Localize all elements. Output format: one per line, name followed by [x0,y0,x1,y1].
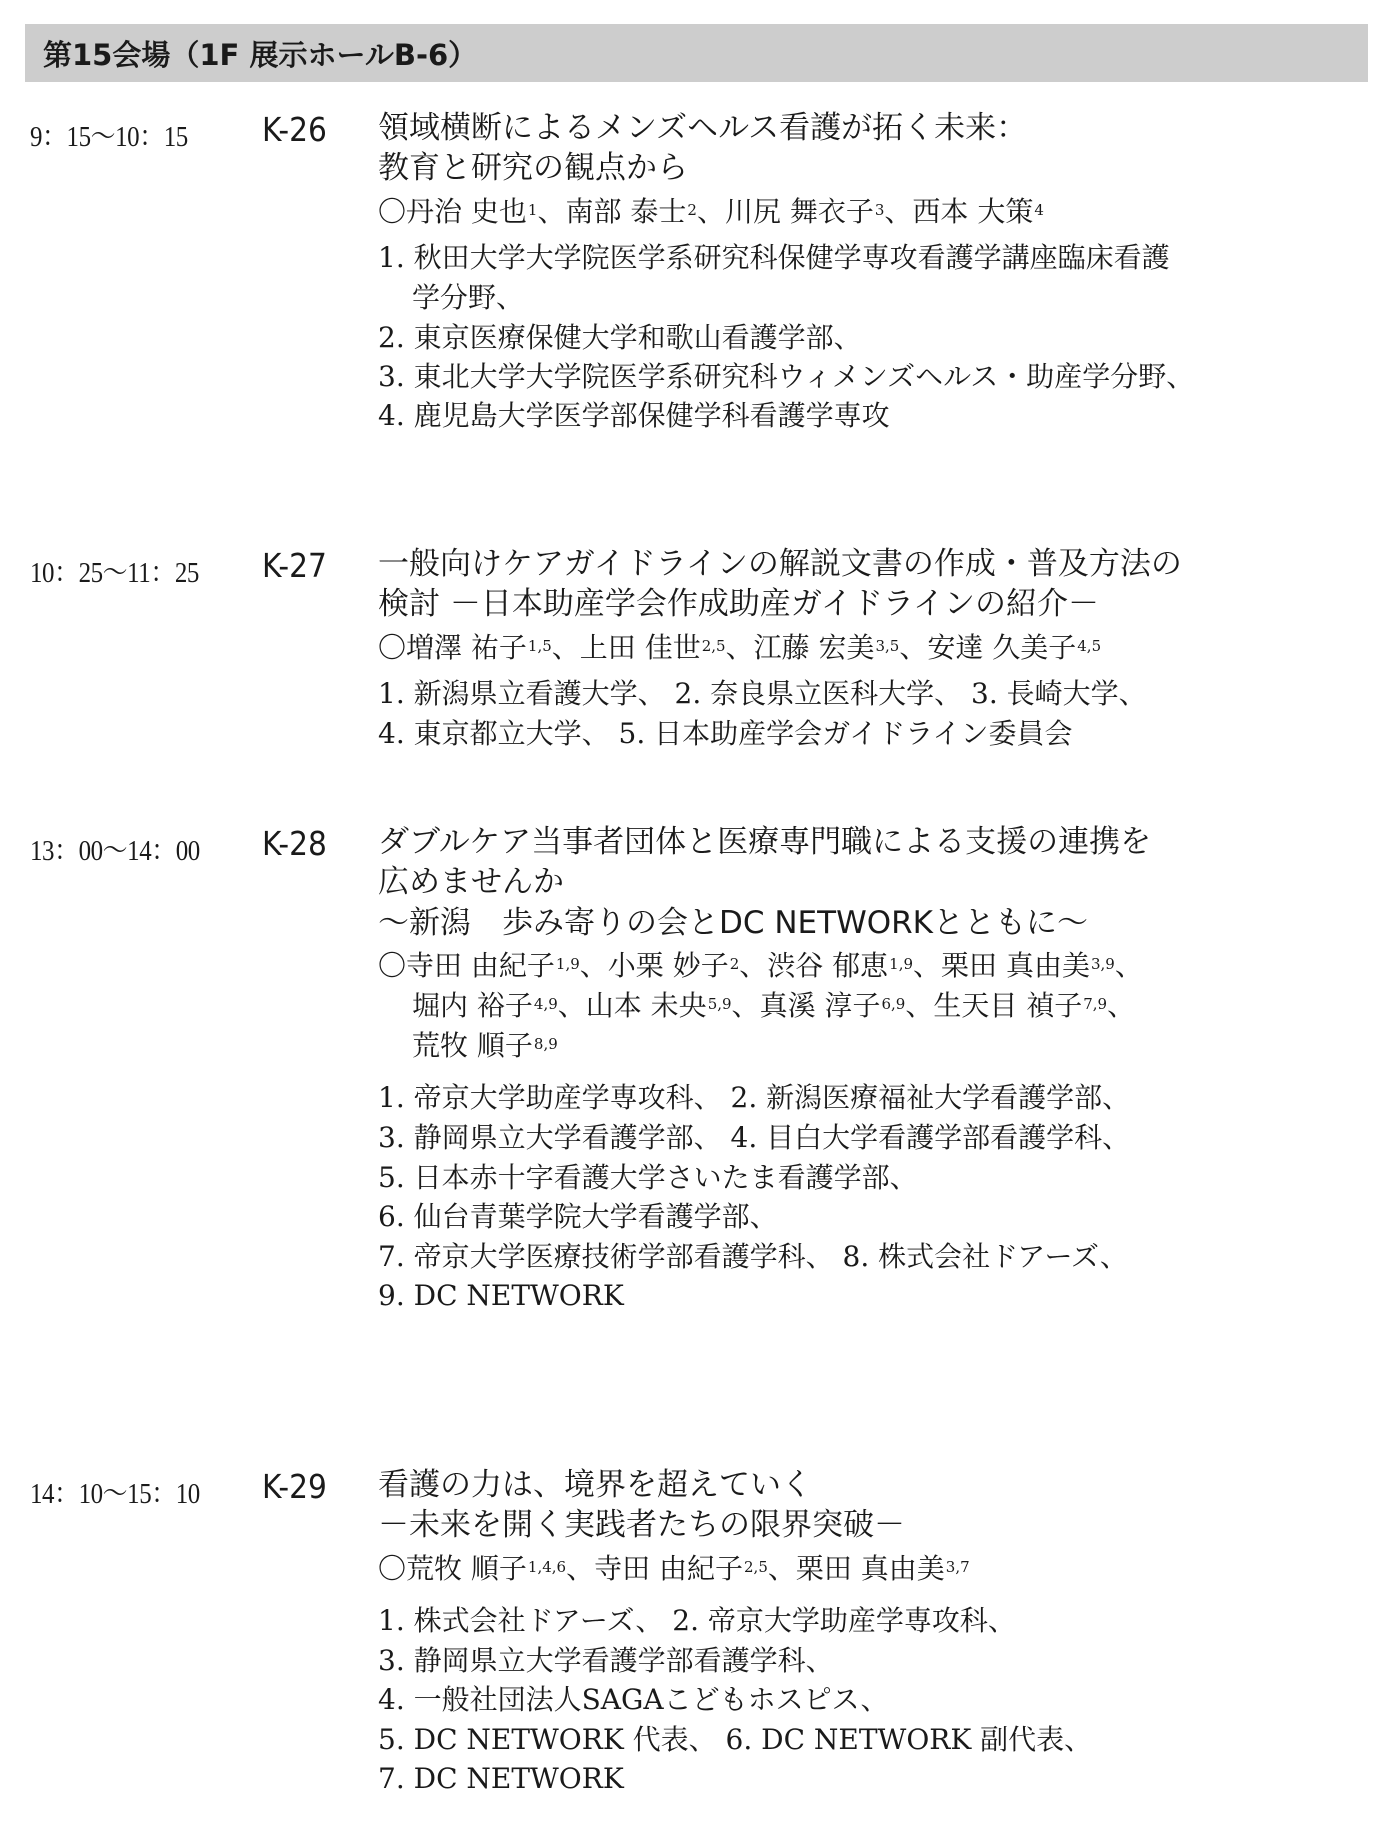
session-id: K-28 [262,824,327,863]
affiliation-line: 1. 株式会社ドアーズ、 2. 帝京大学助産学専攻科、 [378,1601,1016,1641]
authors-line: 堀内 裕子4,9、山本 未央5,9、真溪 淳子6,9、生天目 禎子7,9、 [412,986,1135,1026]
separator: 、 [552,631,580,664]
presenter-mark: 〇 [378,195,406,228]
author-affiliation-ref: 2 [730,955,740,973]
author-affiliation-ref: 3,7 [946,1558,970,1576]
separator: 、 [1107,989,1135,1022]
session-title-line: －未来を開く実践者たちの限界突破－ [378,1505,905,1545]
author-affiliation-ref: 4,5 [1077,637,1101,655]
separator: 、 [905,989,933,1022]
affiliation-line: 3. 東北大学大学院医学系研究科ウィメンズヘルス・助産学分野、 [378,357,1194,397]
separator: 、 [566,1552,594,1585]
author-name: 江藤 宏美 [754,631,875,664]
author-name: 増澤 祐子 [406,631,527,664]
author-name: 渋谷 郁恵 [767,949,888,982]
affiliation-line: 1. 新潟県立看護大学、 2. 奈良県立医科大学、 3. 長崎大学、 [378,674,1147,714]
affiliation-line: 4. 一般社団法人SAGAこどもホスピス、 [378,1680,888,1720]
separator: 、 [726,631,754,664]
venue-title: 第15会場（1F 展示ホールB-6） [43,33,477,74]
session-title-line: ダブルケア当事者団体と医療専門職による支援の連携を [378,822,1151,862]
affiliation-line: 学分野、 [412,278,524,318]
session-time: 9：15～10：15 [30,114,188,155]
affiliation-line: 5. 日本赤十字看護大学さいたま看護学部、 [378,1158,918,1198]
affiliation-line: 1. 秋田大学大学院医学系研究科保健学専攻看護学講座臨床看護 [378,238,1170,278]
presenter-mark: 〇 [378,1552,406,1585]
separator: 、 [580,949,608,982]
author-name: 真溪 淳子 [760,989,881,1022]
affiliation-line: 5. DC NETWORK 代表、 6. DC NETWORK 副代表、 [378,1720,1092,1760]
author-name: 南部 泰士 [565,195,686,228]
presenter-mark: 〇 [378,631,406,664]
session-id: K-29 [262,1467,327,1506]
separator: 、 [739,949,767,982]
author-name: 川尻 舞衣子 [725,195,874,228]
author-affiliation-ref: 3,9 [1091,955,1115,973]
author-name: 栗田 真由美 [941,949,1090,982]
affiliation-line: 3. 静岡県立大学看護学部看護学科、 [378,1641,834,1681]
separator: 、 [768,1552,796,1585]
separator: 、 [1115,949,1143,982]
author-affiliation-ref: 8,9 [534,1035,558,1053]
session-time: 10：25～11：25 [30,550,199,591]
affiliation-line: 2. 東京医療保健大学和歌山看護学部、 [378,318,862,358]
affiliation-line: 6. 仙台青葉学院大学看護学部、 [378,1197,778,1237]
authors-line: 荒牧 順子8,9 [412,1026,558,1066]
session-title-line: ～新潟 歩み寄りの会とDC NETWORKとともに～ [378,903,1088,943]
author-affiliation-ref: 1,9 [556,955,580,973]
author-name: 安達 久美子 [927,631,1076,664]
author-name: 生天目 禎子 [933,989,1082,1022]
affiliation-line: 4. 鹿児島大学医学部保健学科看護学専攻 [378,396,890,436]
author-name: 荒牧 順子 [406,1552,527,1585]
author-name: 上田 佳世 [580,631,701,664]
separator: 、 [899,631,927,664]
separator: 、 [558,989,586,1022]
author-name: 堀内 裕子 [412,989,533,1022]
venue-header: 第15会場（1F 展示ホールB-6） [25,24,1368,82]
author-affiliation-ref: 1,4,6 [528,1558,566,1576]
affiliation-line: 7. 帝京大学医療技術学部看護学科、 8. 株式会社ドアーズ、 [378,1237,1128,1277]
session-title-line: 広めませんか [378,862,564,902]
author-affiliation-ref: 2 [687,201,697,219]
session-title-line: 看護の力は、境界を超えていく [378,1465,812,1505]
session-time: 14：10～15：10 [30,1471,200,1512]
author-affiliation-ref: 7,9 [1083,995,1107,1013]
author-affiliation-ref: 2,5 [744,1558,768,1576]
separator: 、 [884,195,912,228]
author-affiliation-ref: 3 [875,201,885,219]
affiliation-line: 3. 静岡県立大学看護学部、 4. 目白大学看護学部看護学科、 [378,1118,1130,1158]
presenter-mark: 〇 [378,949,406,982]
session-id: K-26 [262,110,327,149]
author-name: 丹治 史也 [406,195,527,228]
affiliation-line: 4. 東京都立大学、 5. 日本助産学会ガイドライン委員会 [378,714,1072,754]
author-name: 小栗 妙子 [608,949,729,982]
author-affiliation-ref: 4 [1034,201,1044,219]
separator: 、 [697,195,725,228]
affiliation-line: 9. DC NETWORK [378,1276,624,1316]
separator: 、 [732,989,760,1022]
author-affiliation-ref: 1,9 [889,955,913,973]
author-name: 寺田 由紀子 [594,1552,743,1585]
authors-line: 〇寺田 由紀子1,9、小栗 妙子2、渋谷 郁恵1,9、栗田 真由美3,9、 [378,946,1143,986]
author-affiliation-ref: 2,5 [702,637,726,655]
author-affiliation-ref: 1,5 [528,637,552,655]
authors-line: 〇丹治 史也1、南部 泰士2、川尻 舞衣子3、西本 大策4 [378,192,1044,232]
author-affiliation-ref: 5,9 [708,995,732,1013]
session-title-line: 領域横断によるメンズヘルス看護が拓く未来： [378,108,1027,148]
author-name: 寺田 由紀子 [406,949,555,982]
affiliation-line: 1. 帝京大学助産学専攻科、 2. 新潟医療福祉大学看護学部、 [378,1078,1130,1118]
session-title-line: 一般向けケアガイドラインの解説文書の作成・普及方法の [378,544,1182,584]
author-affiliation-ref: 6,9 [881,995,905,1013]
separator: 、 [913,949,941,982]
session-title-line: 検討 －日本助産学会作成助産ガイドラインの紹介－ [378,584,1099,624]
separator: 、 [537,195,565,228]
authors-line: 〇荒牧 順子1,4,6、寺田 由紀子2,5、栗田 真由美3,7 [378,1549,970,1589]
author-name: 栗田 真由美 [796,1552,945,1585]
affiliation-line: 7. DC NETWORK [378,1759,624,1799]
author-name: 荒牧 順子 [412,1029,533,1062]
authors-line: 〇増澤 祐子1,5、上田 佳世2,5、江藤 宏美3,5、安達 久美子4,5 [378,628,1101,668]
author-affiliation-ref: 4,9 [534,995,558,1013]
author-name: 山本 未央 [586,989,707,1022]
author-affiliation-ref: 1 [528,201,538,219]
session-title-line: 教育と研究の観点から [378,148,688,188]
session-id: K-27 [262,546,327,585]
author-name: 西本 大策 [912,195,1033,228]
author-affiliation-ref: 3,5 [875,637,899,655]
session-time: 13：00～14：00 [30,828,200,869]
